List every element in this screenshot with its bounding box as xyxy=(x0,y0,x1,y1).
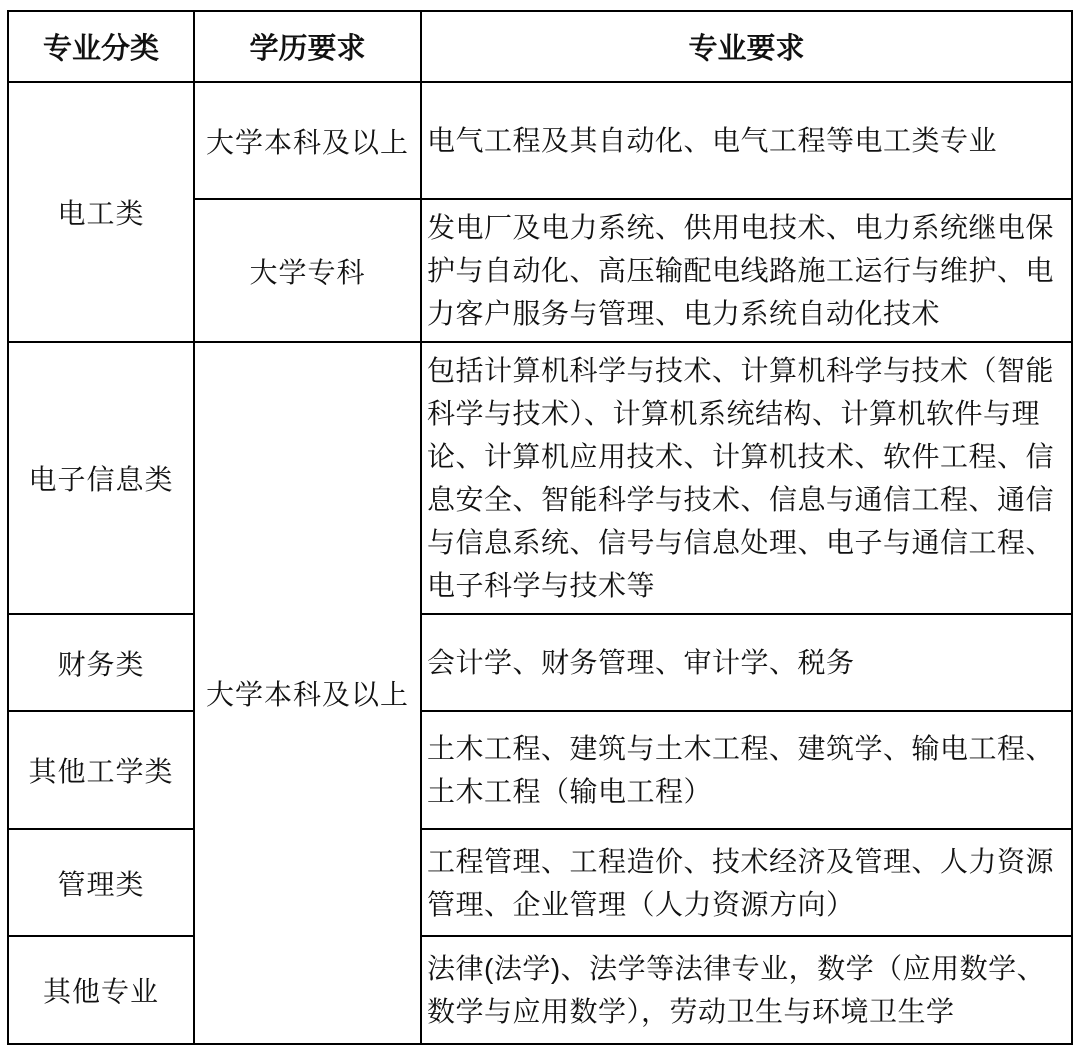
table-row-electronic-info: 电子信息类 大学本科及以上 包括计算机科学与技术、计算机科学与技术（智能科学与技… xyxy=(8,342,1072,614)
table-row-other-engineering: 其他工学类 土木工程、建筑与土木工程、建筑学、输电工程、土木工程（输电工程） xyxy=(8,711,1072,829)
table-header-row: 专业分类 学历要求 专业要求 xyxy=(8,11,1072,82)
major-cell-electrical-college: 发电厂及电力系统、供用电技术、电力系统继电保护与自动化、高压输配电线路施工运行与… xyxy=(421,199,1072,342)
education-cell-bachelor-group: 大学本科及以上 xyxy=(194,342,421,1044)
education-cell-electrical-college: 大学专科 xyxy=(194,199,421,342)
category-cell-management: 管理类 xyxy=(8,829,194,936)
major-cell-other-engineering: 土木工程、建筑与土木工程、建筑学、输电工程、土木工程（输电工程） xyxy=(421,711,1072,829)
category-cell-other-engineering: 其他工学类 xyxy=(8,711,194,829)
table-row-management: 管理类 工程管理、工程造价、技术经济及管理、人力资源管理、企业管理（人力资源方向… xyxy=(8,829,1072,936)
major-cell-other-majors: 法律(法学)、法学等法律专业，数学（应用数学、数学与应用数学），劳动卫生与环境卫… xyxy=(421,936,1072,1044)
table-row-electrical-bachelor: 电工类 大学本科及以上 电气工程及其自动化、电气工程等电工类专业 xyxy=(8,82,1072,199)
category-cell-electronic-info: 电子信息类 xyxy=(8,342,194,614)
page: 专业分类 学历要求 专业要求 电工类 大学本科及以上 电气工程及其自动化、电气工… xyxy=(0,0,1080,1027)
major-cell-management: 工程管理、工程造价、技术经济及管理、人力资源管理、企业管理（人力资源方向） xyxy=(421,829,1072,936)
category-cell-electrical: 电工类 xyxy=(8,82,194,342)
major-cell-electronic-info: 包括计算机科学与技术、计算机科学与技术（智能科学与技术）、计算机系统结构、计算机… xyxy=(421,342,1072,614)
table-row-finance: 财务类 会计学、财务管理、审计学、税务 xyxy=(8,614,1072,711)
column-header-education: 学历要求 xyxy=(194,11,421,82)
major-cell-electrical-bachelor: 电气工程及其自动化、电气工程等电工类专业 xyxy=(421,82,1072,199)
major-cell-finance: 会计学、财务管理、审计学、税务 xyxy=(421,614,1072,711)
category-cell-finance: 财务类 xyxy=(8,614,194,711)
column-header-major: 专业要求 xyxy=(421,11,1072,82)
major-requirements-table: 专业分类 学历要求 专业要求 电工类 大学本科及以上 电气工程及其自动化、电气工… xyxy=(7,10,1073,1045)
education-cell-electrical-bachelor: 大学本科及以上 xyxy=(194,82,421,199)
table-row-other-majors: 其他专业 法律(法学)、法学等法律专业，数学（应用数学、数学与应用数学），劳动卫… xyxy=(8,936,1072,1044)
column-header-category: 专业分类 xyxy=(8,11,194,82)
category-cell-other-majors: 其他专业 xyxy=(8,936,194,1044)
